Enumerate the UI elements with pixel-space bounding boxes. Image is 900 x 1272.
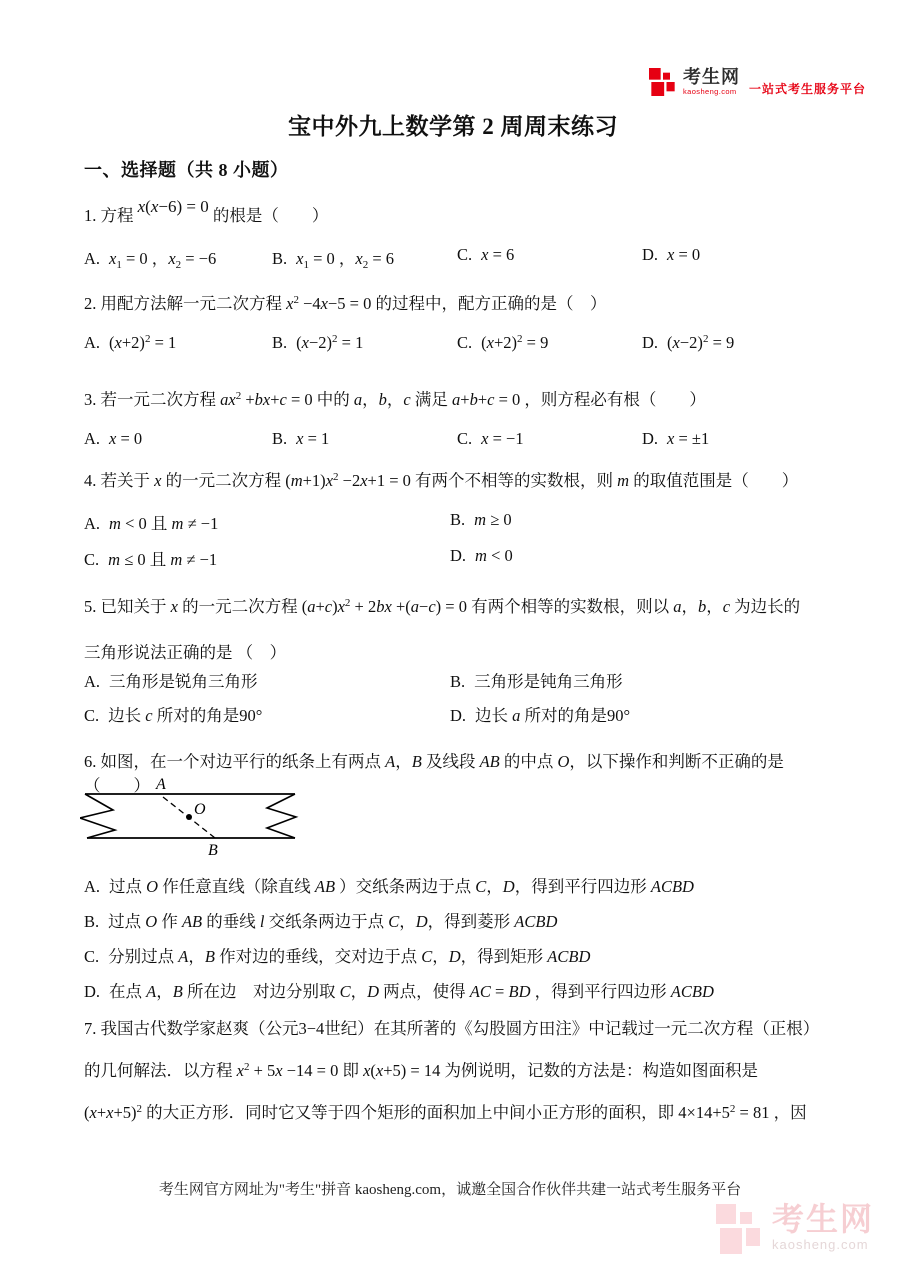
figure-label-o: O [194,801,206,818]
watermark-logo-icon [716,1203,764,1262]
option-content: x = ±1 [667,429,709,449]
option-letter: D. [450,546,466,566]
option-content: x1 = 0 ，x2 = −6 [109,245,216,269]
question-5-stem: 5. 已知关于 x 的一元二次方程 (a+c)x2 + 2bx +(a−c) =… [84,584,822,676]
option-letter: C. [457,429,472,449]
question-4-stem: 4. 若关于 x 的一元二次方程 (m+1)x2 −2x+1 = 0 有两个不相… [84,467,822,491]
option-letter: C. [457,333,472,353]
option-q2-c: C.(x+2)2 = 9 [457,333,642,353]
question-6-figure: A O B [80,774,330,871]
page-title: 宝中外九上数学第 2 周周末练习 [84,108,822,141]
footer-text: 考生网官方网址为"考生"拼音 kaosheng.com，诚邀全国合作伙伴共建一站… [0,1178,900,1199]
option-letter: C. [84,706,99,726]
question-1-options: A.x1 = 0 ，x2 = −6 B.x1 = 0 ，x2 = 6 C.x =… [84,245,822,269]
option-letter: C. [457,245,472,265]
option-content: m < 0 且 m ≠ −1 [109,510,218,534]
option-letter: B. [450,672,465,692]
option-letter: A. [84,672,100,692]
option-q3-d: D.x = ±1 [642,429,822,449]
option-q6-b: B.过点 O 作 AB 的垂线 l 交纸条两边于点 C，D，得到菱形 ACBD [84,904,822,939]
watermark-domain: kaosheng.com [772,1238,874,1251]
option-content: 过点 O 作任意直线（除直线 AB ）交纸条两边于点 C，D，得到平行四边形 A… [109,869,694,904]
option-letter: B. [84,904,99,939]
q1-prefix: 1. 方程 [84,206,134,225]
option-q6-d: D.在点 A，B 所在边 对边分别取 C，D 两点，使得 AC = BD ，得到… [84,974,822,1009]
option-q5-d: D.边长 a 所对的角是90° [450,702,822,736]
paper-strip-figure: A O B [80,774,330,866]
option-content: x = 0 [667,245,700,265]
question-3-stem: 3. 若一元二次方程 ax2 +bx+c = 0 中的 a，b，c 满足 a+b… [84,386,822,410]
option-letter: D. [642,245,658,265]
logo-domain: kaosheng.com [683,88,740,96]
option-q5-c: C.边长 c 所对的角是90° [84,702,450,736]
question-1-stem: 1. 方程 x(x−6) = 0 的根是（ ） [84,202,822,226]
option-q1-c: C.x = 6 [457,245,642,269]
figure-label-a: A [155,776,166,793]
option-content: (x−2)2 = 9 [667,333,734,353]
option-letter: D. [450,706,466,726]
option-letter: B. [272,333,287,353]
logo-brand-name: 考生网 [683,68,740,86]
midpoint-dot [186,814,192,820]
option-letter: A. [84,429,100,449]
option-q4-b: B.m ≥ 0 [450,510,822,546]
option-content: 三角形是锐角三角形 [109,668,258,692]
option-content: x = −1 [481,429,523,449]
exam-document-page: 考生网 kaosheng.com 一站式考生服务平台 宝中外九上数学第 2 周周… [0,0,900,1272]
option-letter: B. [272,249,287,269]
option-q5-a: A.三角形是锐角三角形 [84,668,450,702]
option-content: 分别过点 A，B 作对边的垂线，交对边于点 C，D，得到矩形 ACBD [108,939,590,974]
option-content: (x+2)2 = 1 [109,333,176,353]
option-q3-b: B.x = 1 [272,429,457,449]
option-q4-d: D.m < 0 [450,546,822,582]
option-letter: B. [272,429,287,449]
question-5-options: A.三角形是锐角三角形 B.三角形是钝角三角形 C.边长 c 所对的角是90° … [84,668,822,736]
option-content: m ≥ 0 [474,510,511,530]
option-letter: A. [84,514,100,534]
option-content: 边长 c 所对的角是90° [108,702,262,726]
option-q6-c: C.分别过点 A，B 作对边的垂线，交对边于点 C，D，得到矩形 ACBD [84,939,822,974]
question-4-options: A.m < 0 且 m ≠ −1 B.m ≥ 0 C.m ≤ 0 且 m ≠ −… [84,510,822,582]
watermark-brand-name: 考生网 [772,1203,874,1235]
option-content: x = 6 [481,245,514,265]
question-2-stem: 2. 用配方法解一元二次方程 x2 −4x−5 = 0 的过程中，配方正确的是（… [84,290,822,314]
option-q6-a: A.过点 O 作任意直线（除直线 AB ）交纸条两边于点 C，D，得到平行四边形… [84,869,822,904]
option-q4-c: C.m ≤ 0 且 m ≠ −1 [84,546,450,582]
option-content: 过点 O 作 AB 的垂线 l 交纸条两边于点 C，D，得到菱形 ACBD [108,904,557,939]
option-q3-c: C.x = −1 [457,429,642,449]
question-3-options: A.x = 0 B.x = 1 C.x = −1 D.x = ±1 [84,429,822,449]
option-letter: A. [84,869,100,904]
kaosheng-logo: 考生网 kaosheng.com 一站式考生服务平台 [648,68,866,97]
option-q2-d: D.(x−2)2 = 9 [642,333,822,353]
option-content: (x+2)2 = 9 [481,333,548,353]
q1-formula: x(x−6) = 0 [138,197,209,216]
option-letter: A. [84,249,100,269]
watermark-text-column: 考生网 kaosheng.com [772,1203,874,1251]
option-content: m ≤ 0 且 m ≠ −1 [108,546,217,570]
option-content: x = 1 [296,429,329,449]
option-letter: D. [84,974,100,1009]
option-content: m < 0 [475,546,513,566]
kaosheng-logo-icon [648,68,678,96]
option-letter: B. [450,510,465,530]
option-q1-a: A.x1 = 0 ，x2 = −6 [84,245,272,269]
question-6-options: A.过点 O 作任意直线（除直线 AB ）交纸条两边于点 C，D，得到平行四边形… [84,869,822,1009]
option-letter: D. [642,429,658,449]
section-heading: 一、选择题（共 8 小题） [84,156,822,182]
option-q1-b: B.x1 = 0 ，x2 = 6 [272,245,457,269]
logo-tagline: 一站式考生服务平台 [749,80,866,97]
logo-text-column: 考生网 kaosheng.com [683,68,740,96]
option-letter: A. [84,333,100,353]
option-q5-b: B.三角形是钝角三角形 [450,668,822,702]
option-letter: C. [84,939,99,974]
kaosheng-watermark: 考生网 kaosheng.com [716,1203,874,1262]
option-content: 边长 a 所对的角是90° [475,702,630,726]
option-content: 在点 A，B 所在边 对边分别取 C，D 两点，使得 AC = BD ，得到平行… [109,974,714,1009]
option-content: 三角形是钝角三角形 [474,668,623,692]
question-2-options: A.(x+2)2 = 1 B.(x−2)2 = 1 C.(x+2)2 = 9 D… [84,333,822,353]
option-q2-a: A.(x+2)2 = 1 [84,333,272,353]
option-q3-a: A.x = 0 [84,429,272,449]
option-letter: D. [642,333,658,353]
option-content: x = 0 [109,429,142,449]
option-q2-b: B.(x−2)2 = 1 [272,333,457,353]
option-q4-a: A.m < 0 且 m ≠ −1 [84,510,450,546]
question-7-stem: 7. 我国古代数学家赵爽（公元3−4世纪）在其所著的《勾股圆方田注》中记载过一元… [84,1008,822,1134]
q1-suffix: 的根是（ ） [213,206,329,225]
option-content: x1 = 0 ，x2 = 6 [296,245,394,269]
figure-label-b: B [208,842,218,859]
option-q1-d: D.x = 0 [642,245,822,269]
option-content: (x−2)2 = 1 [296,333,363,353]
option-letter: C. [84,550,99,570]
